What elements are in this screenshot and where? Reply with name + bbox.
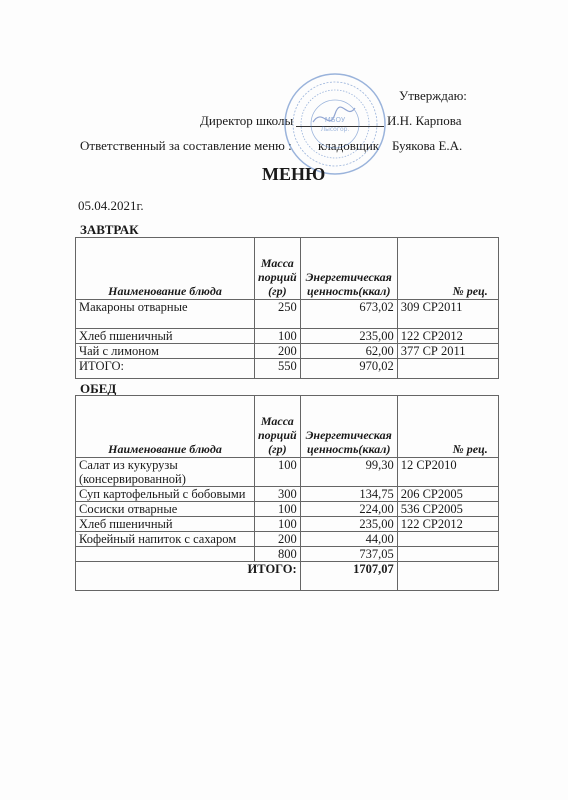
- dish-recipe: 122 СР2012: [397, 329, 498, 344]
- breakfast-table: Наименование блюда Масса порций (гр) Эне…: [75, 237, 499, 379]
- director-name: И.Н. Карпова: [387, 113, 462, 129]
- dish-recipe: 122 СР2012: [397, 517, 498, 532]
- dish-name: Кофейный напиток с сахаром: [76, 532, 255, 547]
- dish-mass: 100: [255, 458, 301, 487]
- total-energy: 970,02: [300, 359, 397, 379]
- grand-total-label: ИТОГО:: [76, 562, 301, 591]
- grand-total-row: ИТОГО: 1707,07: [76, 562, 499, 591]
- dish-energy: 673,02: [300, 300, 397, 329]
- dish-mass: 200: [255, 532, 301, 547]
- table-row: Сосиски отварные 100 224,00 536 СР2005: [76, 502, 499, 517]
- column-header-name: Наименование блюда: [76, 396, 255, 458]
- table-row: Суп картофельный с бобовыми 300 134,75 2…: [76, 487, 499, 502]
- director-label: Директор школы: [200, 113, 293, 129]
- dish-energy: 235,00: [300, 517, 397, 532]
- svg-text:МБОУ: МБОУ: [325, 116, 346, 124]
- table-row: Салат из кукурузы (консервированной) 100…: [76, 458, 499, 487]
- table-row: Макароны отварные 250 673,02 309 СР2011: [76, 300, 499, 329]
- dish-recipe: [397, 532, 498, 547]
- grand-total-value: 1707,07: [300, 562, 397, 591]
- responsible-role: кладовщик: [318, 138, 379, 154]
- responsible-label: Ответственный за составление меню :: [80, 138, 292, 154]
- dish-name: Салат из кукурузы (консервированной): [76, 458, 255, 487]
- dish-name: Хлеб пшеничный: [76, 329, 255, 344]
- dish-recipe: 536 СР2005: [397, 502, 498, 517]
- signature-line: [296, 126, 384, 127]
- lunch-table: Наименование блюда Масса порций (гр) Эне…: [75, 395, 499, 591]
- column-header-energy: Энергетическая ценность(ккал): [300, 238, 397, 300]
- total-row: ИТОГО: 550 970,02: [76, 359, 499, 379]
- dish-recipe: 309 СР2011: [397, 300, 498, 329]
- dish-energy: 224,00: [300, 502, 397, 517]
- table-header-row: Наименование блюда Масса порций (гр) Эне…: [76, 238, 499, 300]
- dish-mass: 100: [255, 329, 301, 344]
- dish-mass: 250: [255, 300, 301, 329]
- subtotal-label: [76, 547, 255, 562]
- table-row: Чай с лимоном 200 62,00 377 СР 2011: [76, 344, 499, 359]
- column-header-mass: Масса порций (гр): [255, 238, 301, 300]
- dish-energy: 62,00: [300, 344, 397, 359]
- dish-recipe: 12 СР2010: [397, 458, 498, 487]
- menu-date: 05.04.2021г.: [78, 198, 144, 214]
- table-row: Кофейный напиток с сахаром 200 44,00: [76, 532, 499, 547]
- dish-recipe: 206 СР2005: [397, 487, 498, 502]
- column-header-recipe: № рец.: [397, 396, 498, 458]
- column-header-energy: Энергетическая ценность(ккал): [300, 396, 397, 458]
- dish-recipe: 377 СР 2011: [397, 344, 498, 359]
- page-title: МЕНЮ: [262, 164, 325, 185]
- dish-energy: 44,00: [300, 532, 397, 547]
- approval-label: Утверждаю:: [399, 88, 467, 104]
- subtotal-energy: 737,05: [300, 547, 397, 562]
- dish-energy: 99,30: [300, 458, 397, 487]
- dish-name: Хлеб пшеничный: [76, 517, 255, 532]
- total-recipe: [397, 359, 498, 379]
- column-header-name: Наименование блюда: [76, 238, 255, 300]
- dish-mass: 200: [255, 344, 301, 359]
- dish-mass: 100: [255, 517, 301, 532]
- dish-name: Чай с лимоном: [76, 344, 255, 359]
- responsible-name: Буякова Е.А.: [392, 138, 462, 154]
- total-label: ИТОГО:: [76, 359, 255, 379]
- dish-name: Макароны отварные: [76, 300, 255, 329]
- dish-name: Сосиски отварные: [76, 502, 255, 517]
- table-header-row: Наименование блюда Масса порций (гр) Эне…: [76, 396, 499, 458]
- total-mass: 550: [255, 359, 301, 379]
- table-row: Хлеб пшеничный 100 235,00 122 СР2012: [76, 329, 499, 344]
- section-title-breakfast: ЗАВТРАК: [80, 222, 139, 238]
- subtotal-row: 800 737,05: [76, 547, 499, 562]
- grand-total-empty: [397, 562, 498, 591]
- table-row: Хлеб пшеничный 100 235,00 122 СР2012: [76, 517, 499, 532]
- subtotal-recipe: [397, 547, 498, 562]
- svg-text:Лысогор.: Лысогор.: [321, 126, 350, 133]
- dish-mass: 100: [255, 502, 301, 517]
- column-header-recipe: № рец.: [397, 238, 498, 300]
- dish-name: Суп картофельный с бобовыми: [76, 487, 255, 502]
- dish-energy: 134,75: [300, 487, 397, 502]
- column-header-mass: Масса порций (гр): [255, 396, 301, 458]
- dish-mass: 300: [255, 487, 301, 502]
- subtotal-mass: 800: [255, 547, 301, 562]
- dish-energy: 235,00: [300, 329, 397, 344]
- official-stamp-icon: МБОУ Лысогор.: [283, 72, 387, 176]
